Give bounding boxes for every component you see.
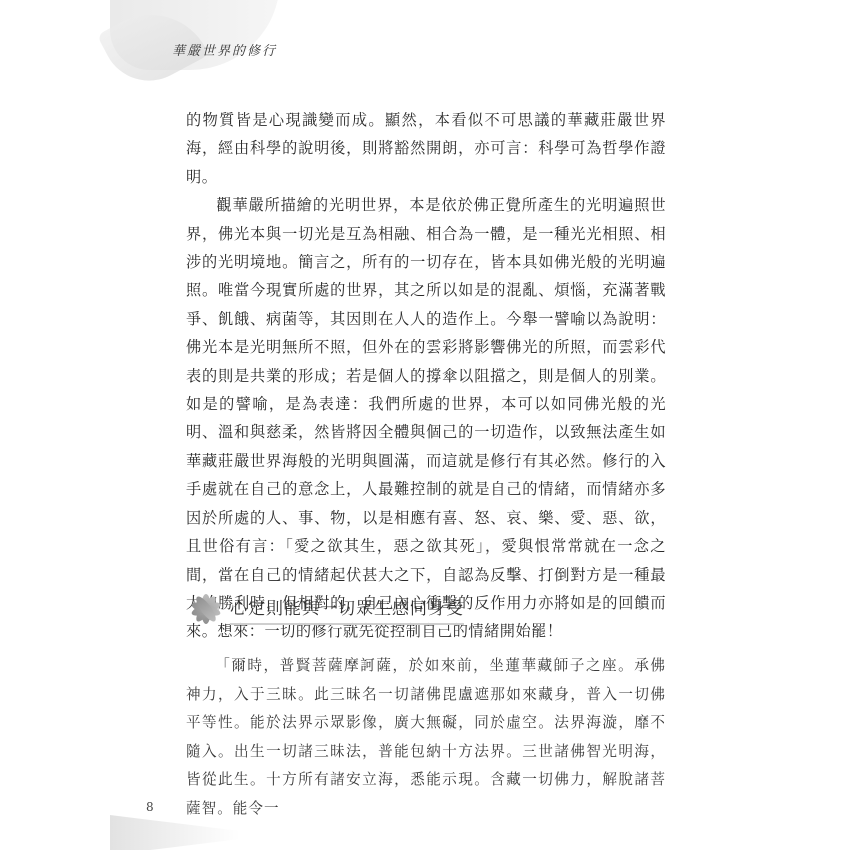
quote-paragraph: 「爾時，普賢菩薩摩訶薩，於如來前，坐蓮華藏師子之座。承佛神力，入于三昧。此三昧名…	[186, 652, 666, 823]
paragraph: 的物質皆是心現識變而成。顯然，本看似不可思議的華藏莊嚴世界海，經由科學的說明後，…	[186, 106, 666, 191]
page-number: 8	[146, 800, 154, 814]
lotus-icon	[188, 592, 224, 626]
section-heading: 心定則能與一切眾生感同身受	[188, 592, 464, 626]
body-text: 的物質皆是心現識變而成。顯然，本看似不可思議的華藏莊嚴世界海，經由科學的說明後，…	[186, 106, 666, 646]
running-head: 華嚴世界的修行	[172, 40, 277, 59]
scripture-quote: 「爾時，普賢菩薩摩訶薩，於如來前，坐蓮華藏師子之座。承佛神力，入于三昧。此三昧名…	[186, 652, 666, 823]
section-heading-text: 心定則能與一切眾生感同身受	[230, 594, 464, 625]
paragraph: 觀華嚴所描繪的光明世界，本是依於佛正覺所產生的光明遍照世界，佛光本與一切光是互為…	[186, 191, 666, 646]
